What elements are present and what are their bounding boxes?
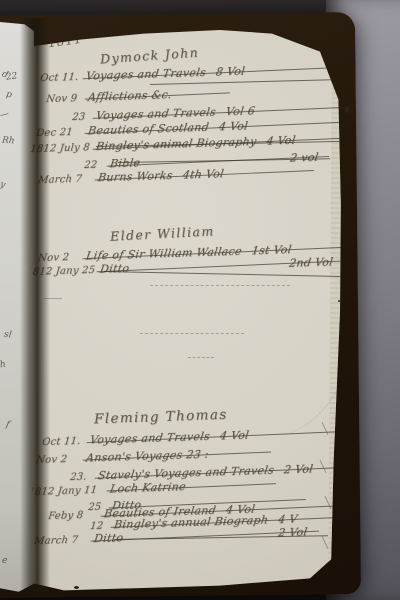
entry-volume: 2 Vol: [277, 525, 308, 539]
entry-volume: 2nd Vol: [288, 255, 334, 269]
entry-title: Voyages and Travels: [85, 66, 207, 83]
photo-backdrop: 22 d p — Rh y sl h f e 1811 Dymock John …: [0, 0, 400, 600]
entry-title: Burns Works: [97, 169, 174, 184]
ink-trace: [140, 333, 244, 334]
edge-ink-fragment: p: [5, 90, 12, 101]
edge-ink-fragment: Rh: [2, 135, 15, 146]
entry-volume: [195, 480, 197, 493]
entry-volume: 8 Vol: [215, 65, 246, 79]
edge-ink-fragment: y: [0, 180, 6, 191]
edge-ink-fragment: h: [0, 360, 7, 371]
ink-bleed-mark: [322, 536, 329, 549]
edge-ink-fragment: —: [0, 109, 10, 121]
ink-bleed-mark: [320, 460, 327, 473]
gutter-shadow: [20, 18, 50, 592]
ledger-entry-row: March 7Burns Works4th Vol: [38, 162, 224, 187]
entry-volume: 2 Vol: [283, 462, 314, 476]
ink-trace: [150, 285, 290, 286]
ledger-entry-row: March 7Ditto2 Vol: [34, 520, 308, 548]
cover-edge-notch: [345, 106, 349, 113]
ink-speck: [74, 586, 79, 589]
edge-ink-fragment: f: [5, 420, 10, 430]
entry-text: Burns Works4th Vol: [97, 167, 225, 184]
edge-ink-fragment: e: [2, 556, 7, 566]
entry-volume: 4th Vol: [182, 167, 225, 181]
entry-volume: [181, 88, 183, 101]
ink-speck: [338, 300, 340, 302]
entry-text: Voyages and Travels8 Vol: [85, 65, 246, 83]
ink-trace: [188, 357, 214, 358]
ledger-entry-row: Oct 11.Voyages and Travels8 Vol: [40, 60, 246, 85]
ink-bleed-mark: [322, 422, 329, 435]
entry-volume: 4 Vol: [219, 428, 250, 442]
entry-title: Ditto: [99, 262, 130, 276]
edge-ink-fragment: sl: [3, 330, 12, 341]
entry-date: Nov 9: [45, 93, 88, 105]
entry-volume: [218, 447, 220, 460]
